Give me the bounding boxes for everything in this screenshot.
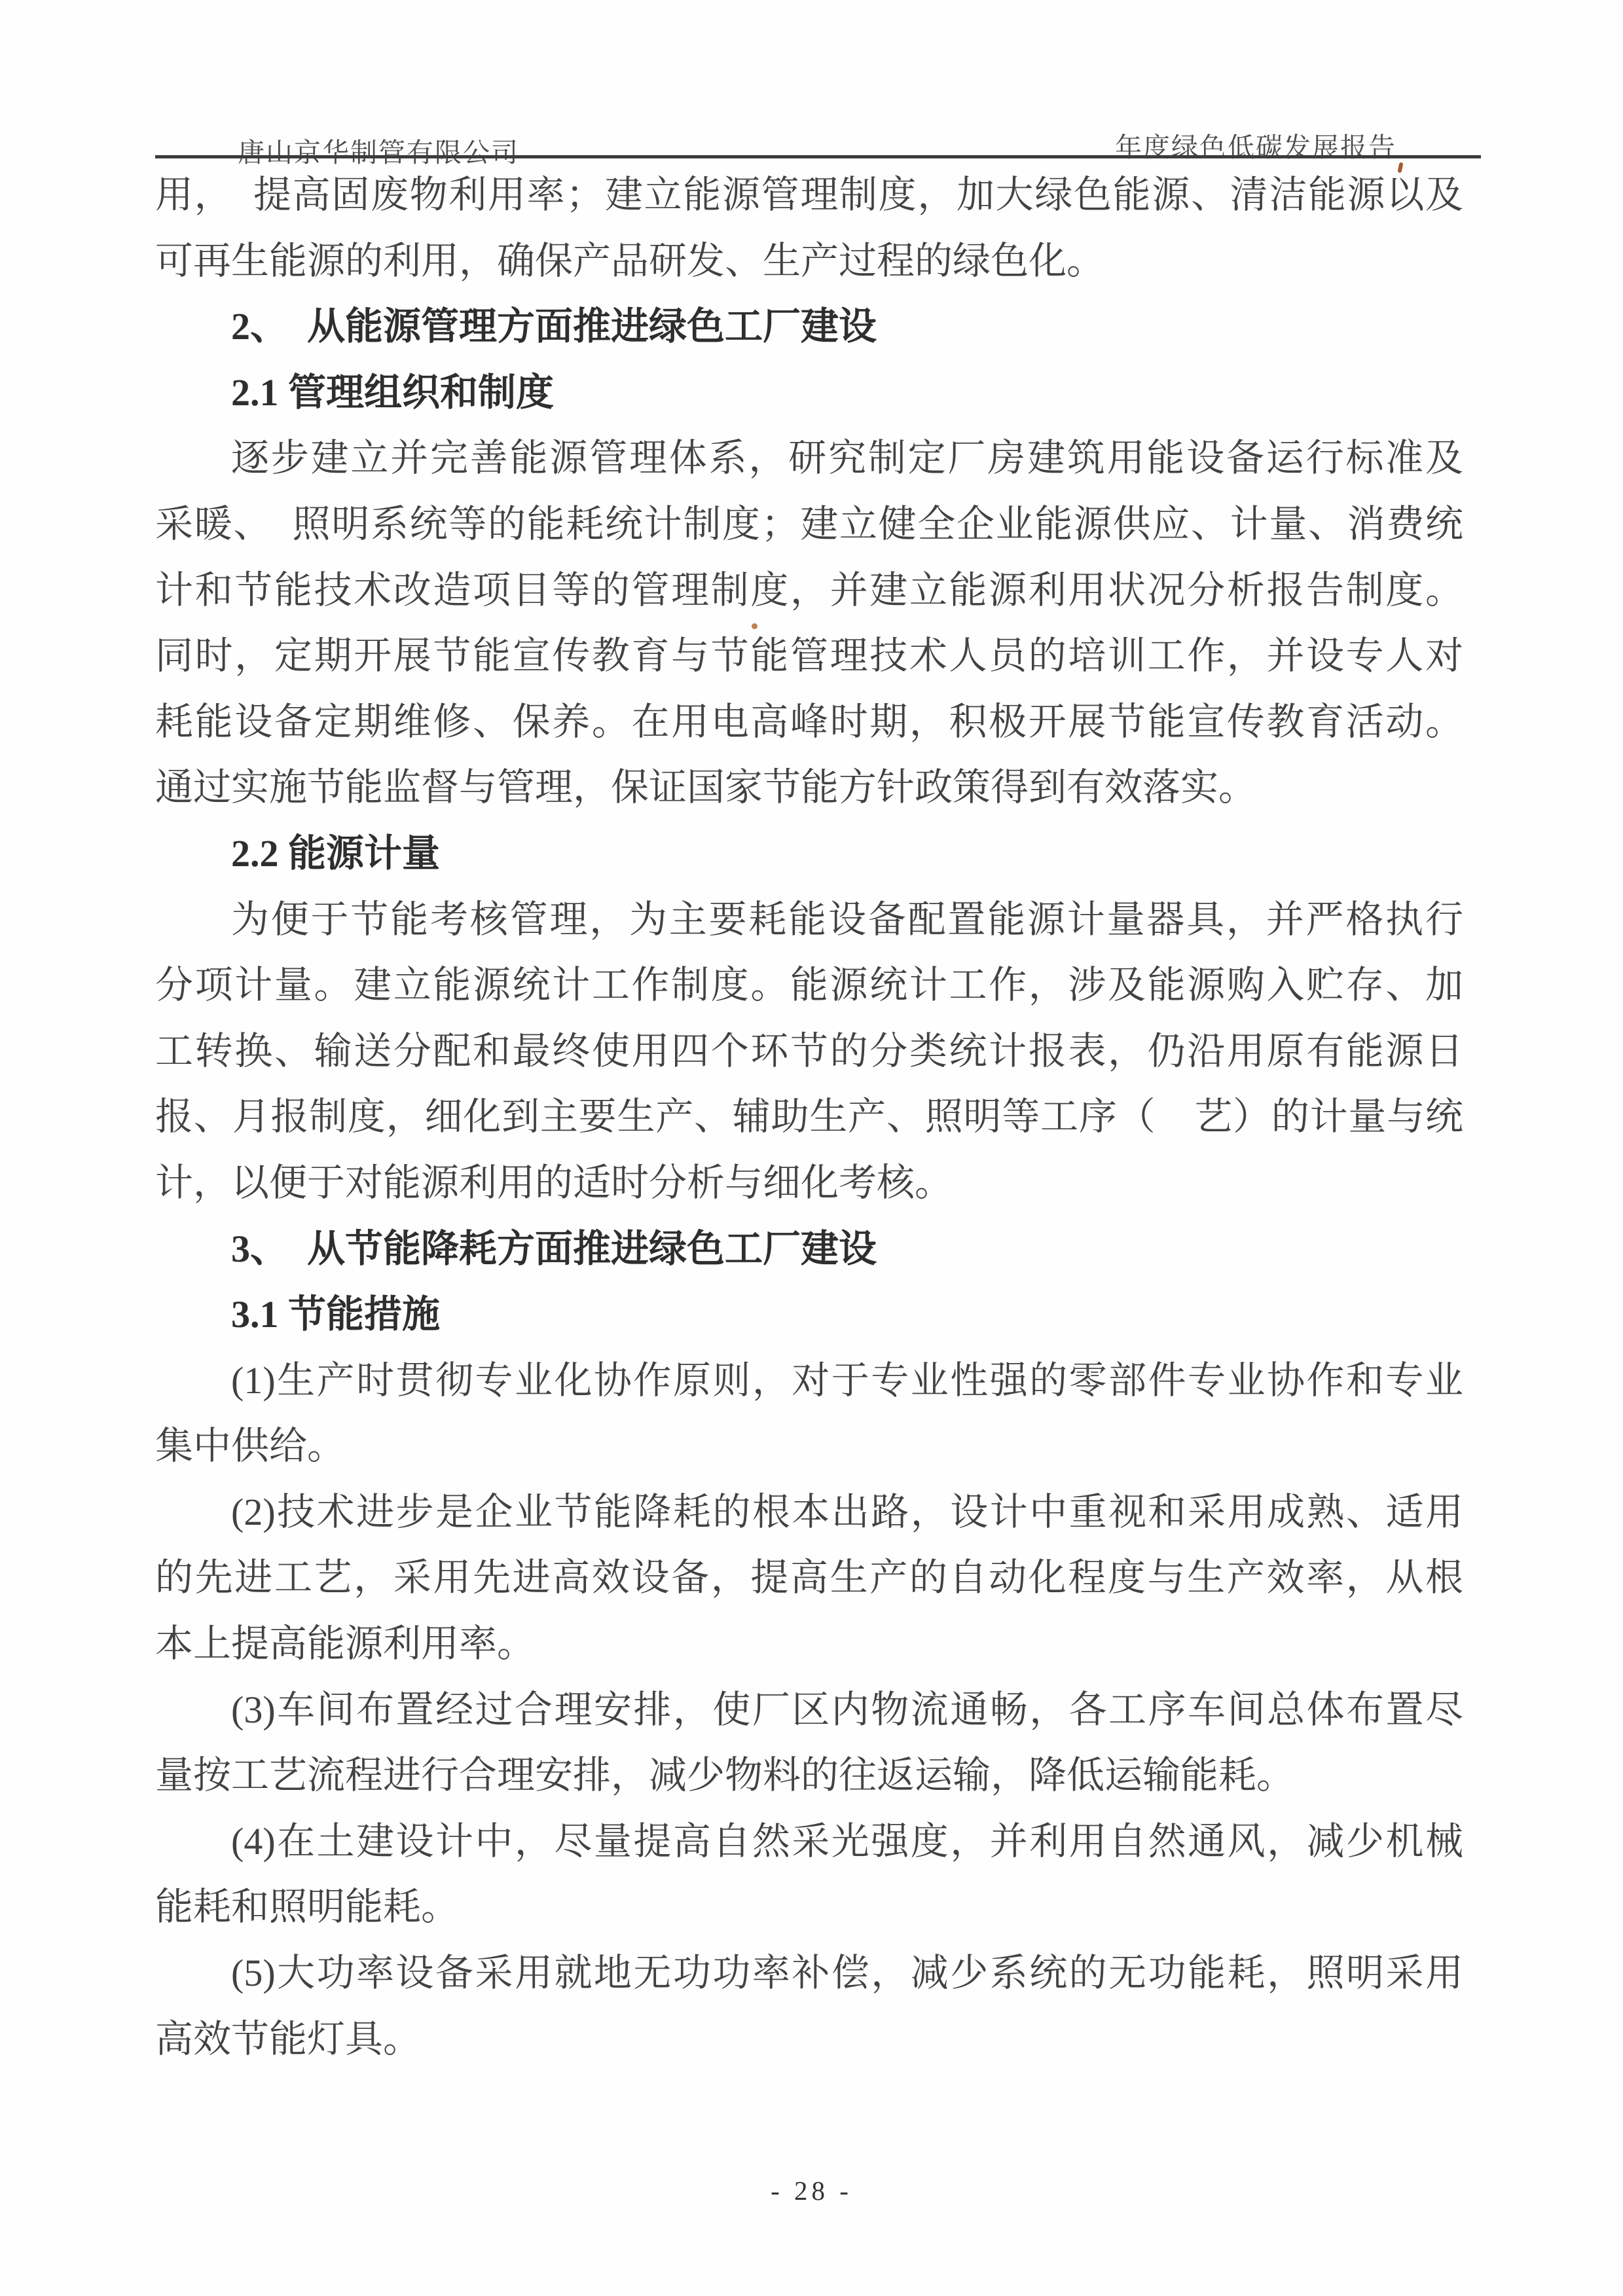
document-body: 用， 提高固废物利用率；建立能源管理制度，加大绿色能源、清洁能源以及可再生能源的… [155, 162, 1463, 2072]
text-line: 能耗和照明能耗。 [155, 1874, 1463, 1941]
text-line: (5)大功率设备采用就地无功功率补偿，减少系统的无功能耗，照明采用 [155, 1941, 1463, 2007]
text-line: (3)车间布置经过合理安排，使厂区内物流通畅，各工序车间总体布置尽 [155, 1677, 1463, 1743]
text-line: 报、月报制度，细化到主要生产、辅助生产、照明等工序（ 艺）的计量与统 [155, 1084, 1463, 1150]
section-heading: 3、 从节能降耗方面推进绿色工厂建设 [155, 1216, 1463, 1283]
text-line: 采暖、 照明系统等的能耗统计制度；建立健全企业能源供应、计量、消费统 [155, 492, 1463, 558]
text-line: 工转换、输送分配和最终使用四个环节的分类统计报表，仍沿用原有能源日 [155, 1019, 1463, 1085]
text-line: 量按工艺流程进行合理安排，减少物料的往返运输，降低运输能耗。 [155, 1743, 1463, 1809]
section-heading: 2、 从能源管理方面推进绿色工厂建设 [155, 294, 1463, 360]
text-line: 耗能设备定期维修、保养。在用电高峰时期，积极开展节能宣传教育活动。 [155, 689, 1463, 756]
section-heading: 3.1 节能措施 [155, 1282, 1463, 1348]
section-heading: 2.1 管理组织和制度 [155, 360, 1463, 426]
text-line: 可再生能源的利用，确保产品研发、生产过程的绿色化。 [155, 228, 1463, 295]
text-line: 集中供给。 [155, 1413, 1463, 1480]
text-line: 通过实施节能监督与管理，保证国家节能方针政策得到有效落实。 [155, 755, 1463, 821]
text-line: 用， 提高固废物利用率；建立能源管理制度，加大绿色能源、清洁能源以及 [155, 162, 1463, 228]
text-line: 本上提高能源利用率。 [155, 1611, 1463, 1677]
text-line: (4)在土建设计中，尽量提高自然采光强度，并利用自然通风，减少机械 [155, 1809, 1463, 1875]
document-page: 唐山京华制管有限公司 年度绿色低碳发展报告 用， 提高固废物利用率；建立能源管理… [0, 0, 1623, 2296]
text-line: 同时，定期开展节能宣传教育与节能管理技术人员的培训工作，并设专人对 [155, 623, 1463, 689]
text-line: 计，以便于对能源利用的适时分析与细化考核。 [155, 1150, 1463, 1216]
text-line: 分项计量。建立能源统计工作制度。能源统计工作，涉及能源购入贮存、加 [155, 953, 1463, 1019]
text-line: 计和节能技术改造项目等的管理制度，并建立能源利用状况分析报告制度。 [155, 558, 1463, 624]
text-line: (1)生产时贯彻专业化协作原则，对于专业性强的零部件专业协作和专业 [155, 1348, 1463, 1414]
section-heading: 2.2 能源计量 [155, 821, 1463, 887]
page-footer: - 28 - [0, 2175, 1623, 2206]
text-line: (2)技术进步是企业节能降耗的根本出路，设计中重视和采用成熟、适用 [155, 1480, 1463, 1546]
header-report-title: 年度绿色低碳发展报告 [1115, 126, 1396, 164]
text-line: 为便于节能考核管理，为主要耗能设备配置能源计量器具，并严格执行 [155, 887, 1463, 953]
header-divider-rule [155, 155, 1481, 158]
text-line: 高效节能灯具。 [155, 2007, 1463, 2073]
text-line: 逐步建立并完善能源管理体系，研究制定厂房建筑用能设备运行标准及 [155, 426, 1463, 492]
text-line: 的先进工艺，采用先进高效设备，提高生产的自动化程度与生产效率，从根 [155, 1545, 1463, 1611]
page-number: - 28 - [771, 2176, 852, 2206]
